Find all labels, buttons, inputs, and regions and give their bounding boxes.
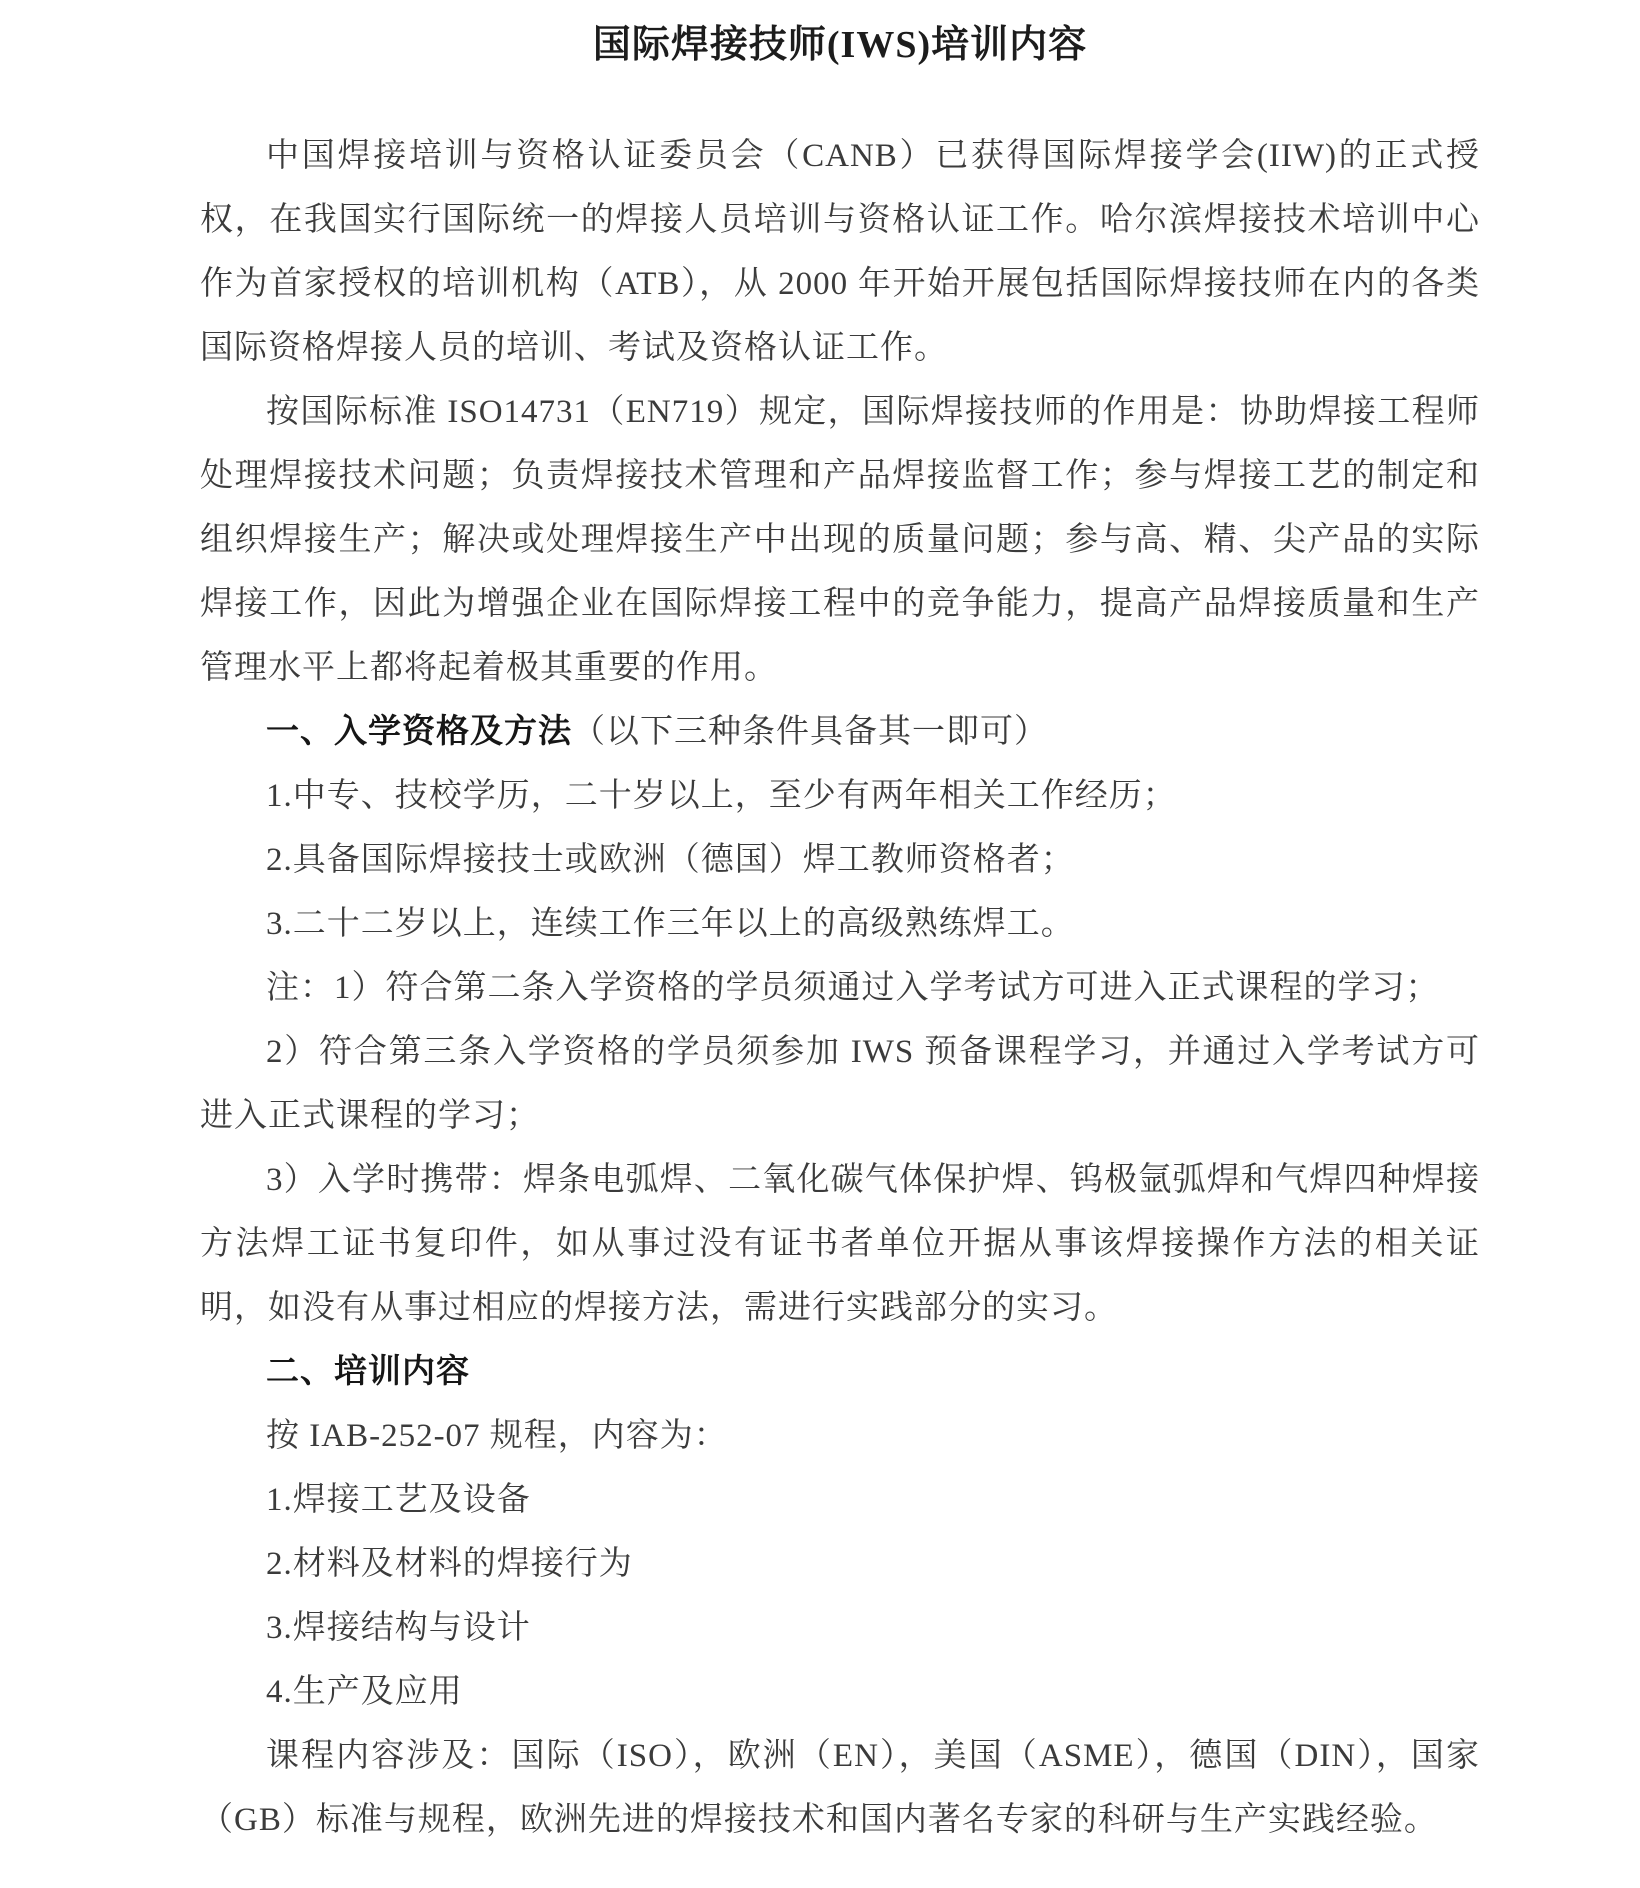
section-heading: 二、培训内容 <box>200 1340 1480 1404</box>
body-paragraph: 1.焊接工艺及设备 <box>200 1468 1480 1532</box>
body-paragraph: 3.焊接结构与设计 <box>200 1596 1480 1660</box>
body-paragraph: 1.中专、技校学历，二十岁以上，至少有两年相关工作经历； <box>200 764 1480 828</box>
body-paragraph: 2.材料及材料的焊接行为 <box>200 1532 1480 1596</box>
body-paragraph: 3.二十二岁以上，连续工作三年以上的高级熟练焊工。 <box>200 892 1480 956</box>
section-heading-note: （以下三种条件具备其一即可） <box>572 714 1048 750</box>
document-page: 国际焊接技师(IWS)培训内容 中国焊接培训与资格认证委员会（CANB）已获得国… <box>0 0 1640 1888</box>
body-paragraph: 2）符合第三条入学资格的学员须参加 IWS 预备课程学习，并通过入学考试方可进入… <box>200 1020 1480 1148</box>
body-paragraph: 中国焊接培训与资格认证委员会（CANB）已获得国际焊接学会(IIW)的正式授权，… <box>200 124 1480 380</box>
section-heading-bold: 一、入学资格及方法 <box>266 714 572 750</box>
body-paragraph: 课程内容涉及：国际（ISO），欧洲（EN），美国（ASME），德国（DIN），国… <box>200 1724 1480 1852</box>
body-paragraph: 按 IAB-252-07 规程，内容为： <box>200 1404 1480 1468</box>
body-paragraph: 2.具备国际焊接技士或欧洲（德国）焊工教师资格者； <box>200 828 1480 892</box>
body-paragraph: 4.生产及应用 <box>200 1660 1480 1724</box>
body-paragraph: 3）入学时携带：焊条电弧焊、二氧化碳气体保护焊、钨极氩弧焊和气焊四种焊接方法焊工… <box>200 1148 1480 1340</box>
page-title: 国际焊接技师(IWS)培训内容 <box>200 22 1480 68</box>
body-paragraph: 注：1）符合第二条入学资格的学员须通过入学考试方可进入正式课程的学习； <box>200 956 1480 1020</box>
section-heading-bold: 二、培训内容 <box>266 1354 470 1390</box>
body-paragraph: 按国际标准 ISO14731（EN719）规定，国际焊接技师的作用是：协助焊接工… <box>200 380 1480 700</box>
document-content: 中国焊接培训与资格认证委员会（CANB）已获得国际焊接学会(IIW)的正式授权，… <box>200 124 1480 1852</box>
section-heading: 一、入学资格及方法（以下三种条件具备其一即可） <box>200 700 1480 764</box>
